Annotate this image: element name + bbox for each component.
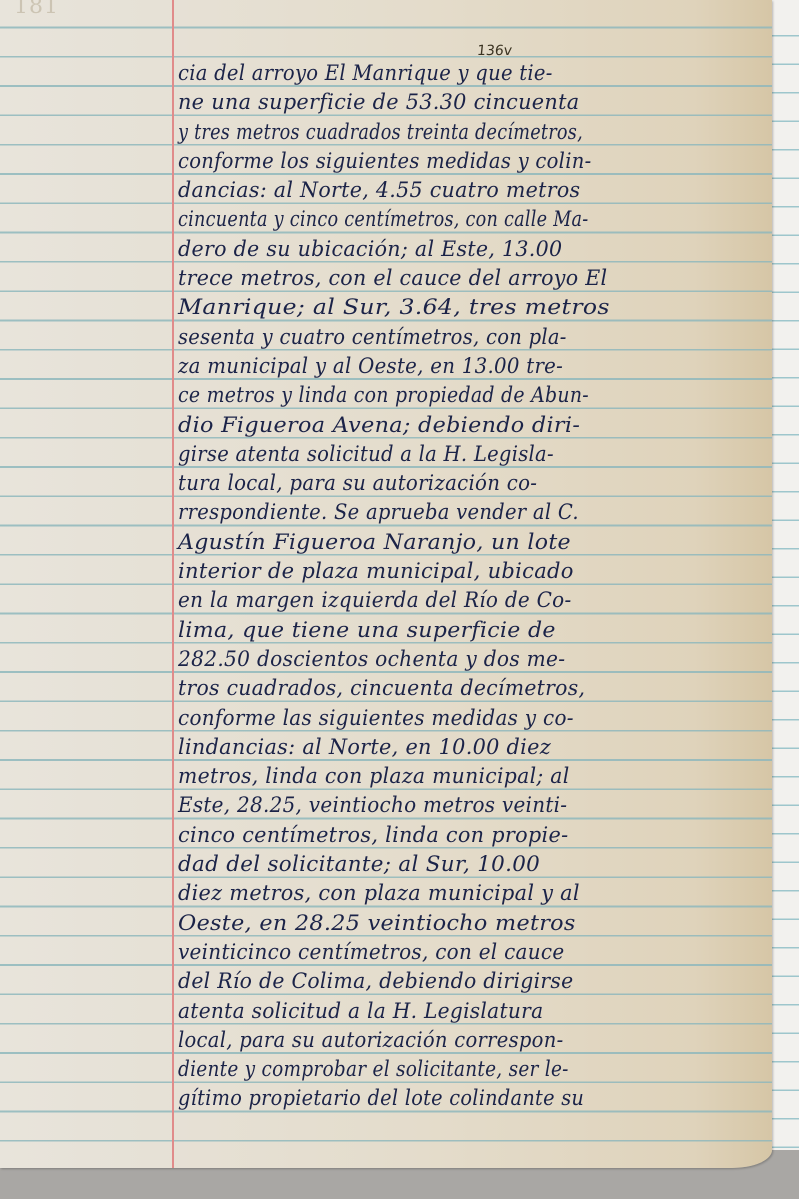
ledger-page: 181 136v cia del arroyo El Manrique y qu… bbox=[0, 0, 772, 1168]
text-line: dad del solicitante; al Sur, 10.00 bbox=[178, 850, 770, 879]
text-line: dancias: al Norte, 4.55 cuatro metros bbox=[178, 176, 746, 205]
text-line: za municipal y al Oeste, en 13.00 tre- bbox=[178, 352, 723, 381]
text-line: del Río de Colima, debiendo dirigirse bbox=[178, 967, 741, 996]
text-line: diez metros, con plaza municipal y al bbox=[178, 879, 752, 908]
page-stamp: 181 bbox=[14, 0, 59, 19]
text-line: girse atenta solicitud a la H. Legisla- bbox=[178, 440, 717, 469]
text-line: dero de su ubicación; al Este, 13.00 bbox=[178, 235, 746, 264]
text-line: veinticinco centímetros, con el cauce bbox=[178, 938, 729, 967]
ledger-spread: 181 136v cia del arroyo El Manrique y qu… bbox=[0, 0, 799, 1199]
text-line: tura local, para su autorización co- bbox=[178, 469, 723, 498]
text-line: y tres metros cuadrados treinta decímetr… bbox=[178, 118, 665, 147]
text-line: local, para su autorización correspon- bbox=[178, 1026, 717, 1055]
text-line: metros, linda con plaza municipal; al bbox=[178, 762, 741, 791]
text-line: lindancias: al Norte, en 10.00 diez bbox=[178, 733, 752, 762]
handwritten-text: cia del arroyo El Manrique y que tie- ne… bbox=[178, 59, 758, 1114]
text-line: atenta solicitud a la H. Legislatura bbox=[178, 997, 735, 1026]
red-margin-line bbox=[172, 0, 174, 1168]
text-line: ce metros y linda con propiedad de Abun- bbox=[178, 381, 700, 410]
text-line: Manrique; al Sur, 3.64, tres metros bbox=[178, 293, 799, 322]
text-line: tros cuadrados, cincuenta decímetros, bbox=[178, 674, 741, 703]
text-line: conforme las siguientes medidas y co- bbox=[178, 704, 729, 733]
text-line: cinco centímetros, linda con propie- bbox=[178, 821, 752, 850]
text-line: lima, que tiene una superficie de bbox=[178, 616, 787, 645]
text-line: ne una superficie de 53.30 cincuenta bbox=[178, 88, 752, 117]
text-line: diente y comprobar el solicitante, ser l… bbox=[178, 1055, 688, 1084]
text-line: dio Figueroa Avena; debiendo diri- bbox=[178, 411, 793, 440]
folio-number: 136v bbox=[476, 43, 513, 59]
text-line: rrespondiente. Se aprueba vender al C. bbox=[178, 498, 717, 527]
text-line: Oeste, en 28.25 veintiocho metros bbox=[178, 909, 793, 938]
text-line: trece metros, con el cauce del arroyo El bbox=[178, 264, 746, 293]
text-line: sesenta y cuatro centímetros, con pla- bbox=[178, 323, 717, 352]
text-line: Agustín Figueroa Naranjo, un lote bbox=[178, 528, 787, 557]
text-line: Este, 28.25, veintiocho metros veinti- bbox=[178, 791, 729, 820]
text-line: conforme los siguientes medidas y colin- bbox=[178, 147, 717, 176]
text-line: cincuenta y cinco centímetros, con calle… bbox=[178, 205, 665, 234]
text-line: cia del arroyo El Manrique y que tie- bbox=[178, 59, 717, 88]
text-line: en la margen izquierda del Río de Co- bbox=[178, 586, 729, 615]
text-line: gítimo propietario del lote colindante s… bbox=[178, 1084, 712, 1113]
text-line: interior de plaza municipal, ubicado bbox=[178, 557, 758, 586]
text-line: 282.50 doscientos ochenta y dos me- bbox=[178, 645, 735, 674]
